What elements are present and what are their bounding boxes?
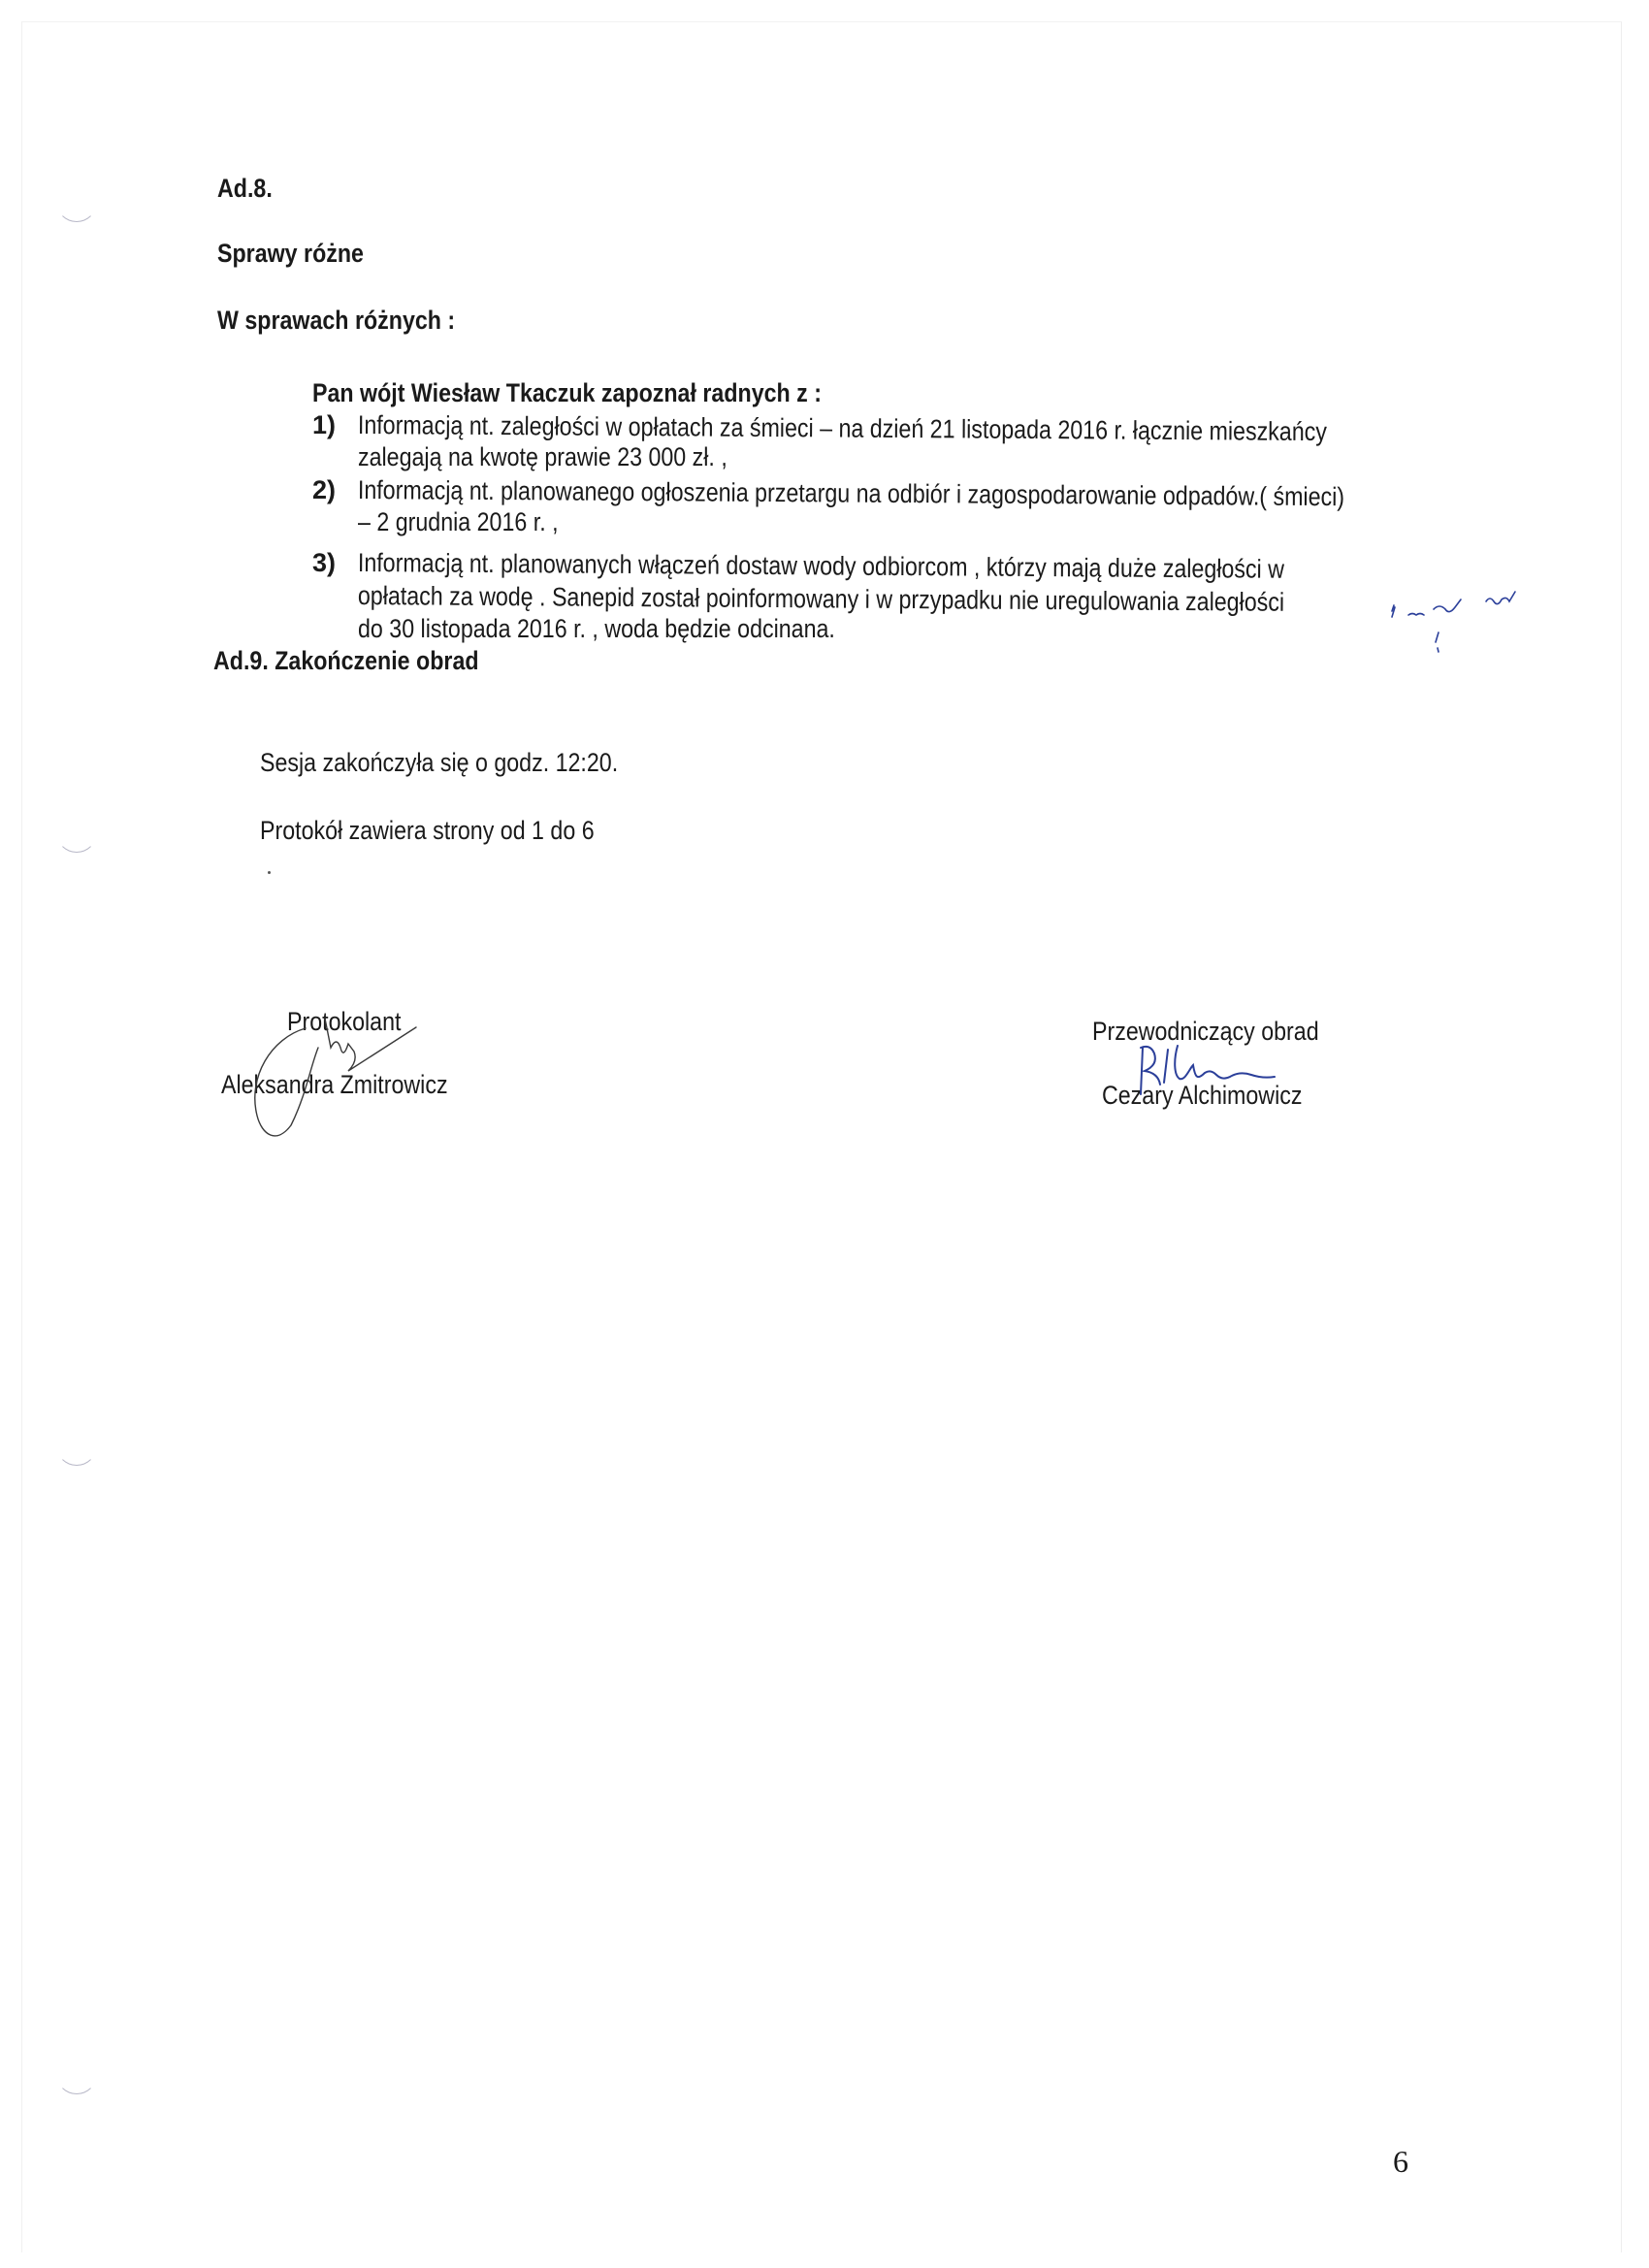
item-1-number: 1) [312, 409, 336, 440]
item-3-line-3: do 30 listopada 2016 r. , woda będzie od… [358, 613, 835, 644]
handwritten-annotation [1377, 572, 1571, 660]
item-3-number: 3) [312, 547, 336, 578]
item-2-line-2: – 2 grudnia 2016 r. , [358, 506, 559, 537]
item-1-line-2: zalegają na kwotę prawie 23 000 zł. , [358, 441, 727, 472]
stray-dot [268, 871, 271, 874]
item-3-line-2: opłatach za wodę . Sanepid został poinfo… [358, 580, 1284, 618]
item-2-number: 2) [312, 474, 336, 505]
intro-text: W sprawach różnych : [217, 305, 455, 336]
page-number: 6 [1393, 2144, 1408, 2180]
section-8-heading: Ad.8. [217, 173, 273, 204]
signature-left-scribble [233, 1009, 446, 1145]
hole-punch-mark [56, 2055, 97, 2094]
lead-text: Pan wójt Wiesław Tkaczuk zapoznał radnyc… [312, 377, 822, 408]
section-9-heading: Ad.9. Zakończenie obrad [213, 645, 479, 676]
hole-punch-mark [56, 1426, 97, 1466]
hole-punch-mark [56, 182, 97, 222]
item-3-line-1: Informacją nt. planowanych włączeń dosta… [358, 547, 1284, 585]
pages-note: Protokół zawiera strony od 1 do 6 [260, 815, 595, 846]
section-8-title: Sprawy różne [217, 238, 364, 269]
hole-punch-mark [56, 813, 97, 853]
signature-right-scribble [1135, 1040, 1329, 1098]
session-end-text: Sesja zakończyła się o godz. 12:20. [260, 747, 618, 778]
